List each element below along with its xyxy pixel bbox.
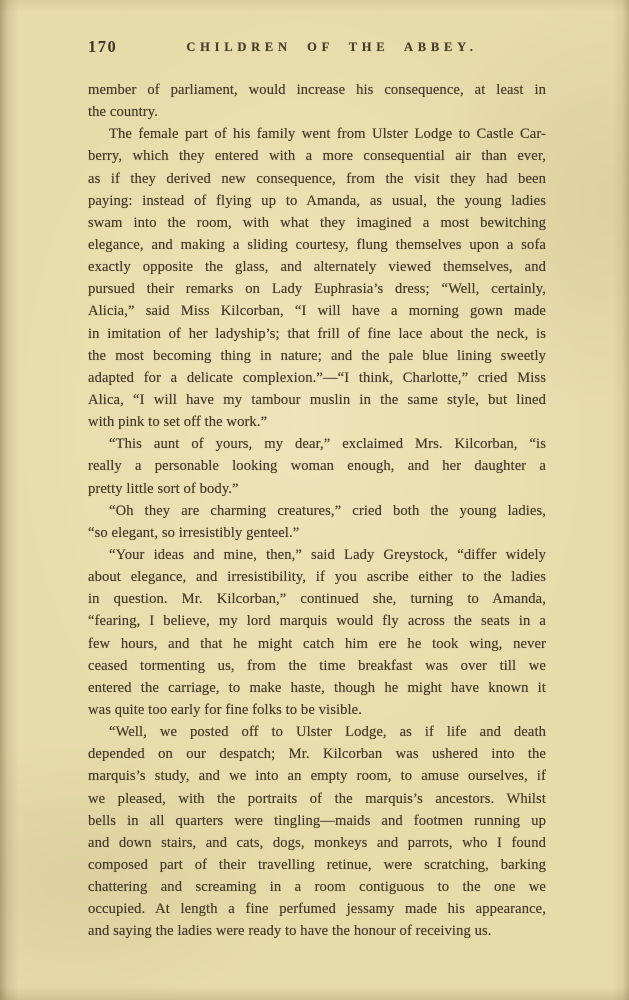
text-line: adapted for a delicate complexion.”—“I t… — [88, 367, 546, 389]
text-line: “Well, we posted off to Ulster Lodge, as… — [88, 721, 546, 743]
text-line: and saying the ladies were ready to have… — [88, 920, 546, 942]
running-head: 170 CHILDREN OF THE ABBEY. — [88, 37, 546, 57]
text-line: occupied. At length a fine perfumed jess… — [88, 898, 546, 920]
text-line: “Oh they are charming creatures,” cried … — [88, 500, 546, 522]
text-line: as if they derived new consequence, from… — [88, 168, 546, 190]
text-line: “Your ideas and mine, then,” said Lady G… — [88, 544, 546, 566]
text-line: pretty little sort of body.” — [88, 478, 546, 500]
text-line: pursued their remarks on Lady Euphrasia’… — [88, 278, 546, 300]
text-line: really a personable looking woman enough… — [88, 455, 546, 477]
text-line: elegance, and making a sliding courtesy,… — [88, 234, 546, 256]
text-line: in imitation of her ladyship’s; that fri… — [88, 323, 546, 345]
book-page-scan: 170 CHILDREN OF THE ABBEY. member of par… — [0, 0, 629, 1000]
text-line: exactly opposite the glass, and alternat… — [88, 256, 546, 278]
text-line: Alica, “I will have my tambour muslin in… — [88, 389, 546, 411]
text-line: the country. — [88, 101, 546, 123]
text-line: in question. Mr. Kilcorban,” continued s… — [88, 588, 546, 610]
text-line: ceased tormenting us, from the time brea… — [88, 655, 546, 677]
text-line: with pink to set off the work.” — [88, 411, 546, 433]
text-line: few hours, and that he might catch him e… — [88, 633, 546, 655]
text-line: swam into the room, with what they imagi… — [88, 212, 546, 234]
text-line: bells in all quarters were tingling—maid… — [88, 810, 546, 832]
running-title: CHILDREN OF THE ABBEY. — [118, 40, 546, 55]
text-line: chattering and screaming in a room conti… — [88, 876, 546, 898]
text-line: “This aunt of yours, my dear,” exclaimed… — [88, 433, 546, 455]
text-line: composed part of their travelling retinu… — [88, 854, 546, 876]
text-line: member of parliament, would increase his… — [88, 79, 546, 101]
text-line: about elegance, and irresistibility, if … — [88, 566, 546, 588]
text-line: we pleased, with the portraits of the ma… — [88, 788, 546, 810]
text-line: marquis’s study, and we into an empty ro… — [88, 765, 546, 787]
text-line: Alicia,” said Miss Kilcorban, “I will ha… — [88, 300, 546, 322]
text-line: depended on our despatch; Mr. Kilcorban … — [88, 743, 546, 765]
text-line: The female part of his family went from … — [88, 123, 546, 145]
body-text: member of parliament, would increase his… — [88, 79, 546, 942]
text-line: and down stairs, and cats, dogs, monkeys… — [88, 832, 546, 854]
text-line: “so elegant, so irresistibly genteel.” — [88, 522, 546, 544]
text-line: was quite too early for fine folks to be… — [88, 699, 546, 721]
page-number: 170 — [88, 37, 117, 57]
text-line: entered the carriage, to make haste, tho… — [88, 677, 546, 699]
text-line: paying: instead of flying up to Amanda, … — [88, 190, 546, 212]
text-line: berry, which they entered with a more co… — [88, 145, 546, 167]
text-line: the most becoming thing in nature; and t… — [88, 345, 546, 367]
text-line: “fearing, I believe, my lord marquis wou… — [88, 610, 546, 632]
